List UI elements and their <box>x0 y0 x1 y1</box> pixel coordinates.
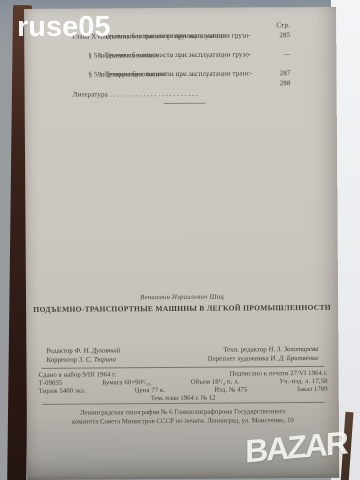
price: Цена 77 к. <box>135 387 165 394</box>
title-block: Вениамин Израилевич Шиц ПОДЪЕМНО-ТРАНСПО… <box>32 293 332 314</box>
toc-page-number: — <box>283 50 290 60</box>
staff-role: Техн. редактор <box>223 346 267 353</box>
horizontal-rule-top <box>42 366 325 369</box>
toc-entry-text: § 59. Техника безопасности при эксплуата… <box>72 69 290 80</box>
toc-entry-text: Литература . . . . . . . . . . . . . . .… <box>73 89 291 91</box>
staff-person: Ф. Н. Духовный <box>74 347 120 354</box>
edition-number: Изд. № 475 <box>214 386 247 393</box>
paper-format: Бумага 60×90¹/₁₆ <box>102 379 151 386</box>
order-code: Т-09835 <box>39 380 63 387</box>
staff-person: З. С. Тюрина <box>79 356 116 363</box>
toc-entry-literature: Литература . . . . . . . . . . . . . . .… <box>73 89 291 91</box>
author-name: Вениамин Израилевич Шиц <box>32 293 332 302</box>
book-page: Стр. Глава XV. Техника безопасности при … <box>24 7 339 480</box>
toc-entry-paragraph-59: § 59. Техника безопасности при эксплуата… <box>72 69 290 80</box>
toc-page-number: 287 <box>280 69 291 79</box>
staff-role: Переплет художника <box>208 355 269 362</box>
staff-role: Корректор <box>46 356 77 363</box>
volume: Объем 18¹/₄ п. л. <box>191 379 240 386</box>
book-photo: Стр. Глава XV. Техника безопасности при … <box>0 0 360 480</box>
print-date: Подписано к печати 27/VI 1964 г. <box>230 370 328 378</box>
printing-house-line2: комитета Совета Министров СССР по печати… <box>35 416 331 427</box>
staff-person: И. Д. Бритвенко <box>270 355 318 362</box>
staff-person: Н. З. Золотарева <box>268 346 318 353</box>
staff-column-right: Техн. редактор Н. З. Золотарева Переплет… <box>208 346 319 364</box>
staff-role: Редактор <box>46 348 72 355</box>
book-title: ПОДЪЕМНО-ТРАНСПОРТНЫЕ МАШИНЫ В ЛЕГКОЙ ПР… <box>32 303 332 314</box>
accounting-sheets: Уч.-изд. л. 17,58 <box>279 378 327 385</box>
printing-house-block: Ленинградская типография № 6 Главполигра… <box>35 408 331 427</box>
staff-column-left: Редактор Ф. Н. Духовный Корректор З. С. … <box>46 347 120 365</box>
section-divider-line <box>164 103 206 104</box>
toc-page-number: 285 <box>279 31 290 41</box>
order-number: Заказ 1789 <box>297 386 328 393</box>
circulation: Тираж 5400 экз. <box>39 388 86 395</box>
toc-entry-text: § 58. Техника безопасности при эксплуата… <box>72 50 290 61</box>
seller-watermark: ruse05 <box>17 11 111 44</box>
toc-page-number: 288 <box>280 80 291 90</box>
typeset-date: Сдано в набор 9/III 1964 г. <box>39 371 117 379</box>
toc-entry-paragraph-58: § 58. Техника безопасности при эксплуата… <box>72 50 290 61</box>
